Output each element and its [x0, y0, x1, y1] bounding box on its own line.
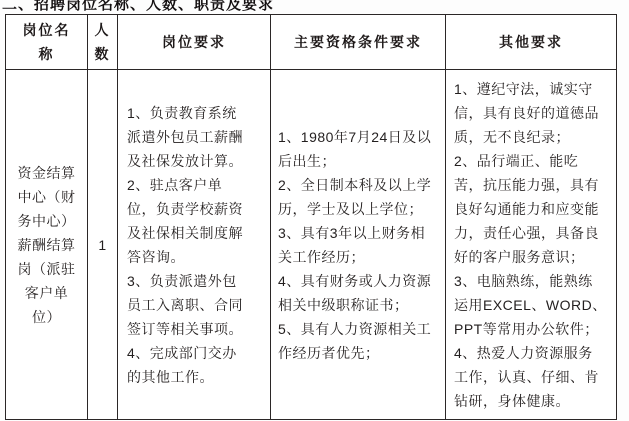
- cell-other-requirements: 1、遵纪守法，诚实守 信，具有良好的道德品 质，无不良纪录； 2、品行端正、能吃…: [446, 70, 617, 420]
- section-title-clip: 二、招聘岗位名称、人数、职责及要求: [2, 0, 622, 13]
- cell-job-duties: 1、负责教育系统 派遣外包员工薪酬 及社保发放计算。 2、驻点客户单 位，负责学…: [118, 70, 271, 420]
- header-cell-position-name: 岗位名 称: [6, 15, 88, 70]
- section-title: 二、招聘岗位名称、人数、职责及要求: [2, 0, 622, 13]
- header-cell-headcount: 人 数: [88, 15, 118, 70]
- header-cell-other-requirements: 其他要求: [446, 15, 617, 70]
- header-cell-qualifications: 主要资格条件要求: [271, 15, 446, 70]
- cell-position-name: 资金结算 中心（财 务中心） 薪酬结算 岗（派驻 客户单 位）: [6, 70, 88, 420]
- header-cell-job-duties: 岗位要求: [118, 15, 271, 70]
- cell-qualifications: 1、1980年7月24日及以 后出生； 2、全日制本科及以上学 历，学士及以上学…: [271, 70, 446, 420]
- cell-headcount: 1: [88, 70, 118, 420]
- recruitment-table: 岗位名 称 人 数 岗位要求 主要资格条件要求 其他要求 资金结算 中心（财 务…: [5, 14, 617, 420]
